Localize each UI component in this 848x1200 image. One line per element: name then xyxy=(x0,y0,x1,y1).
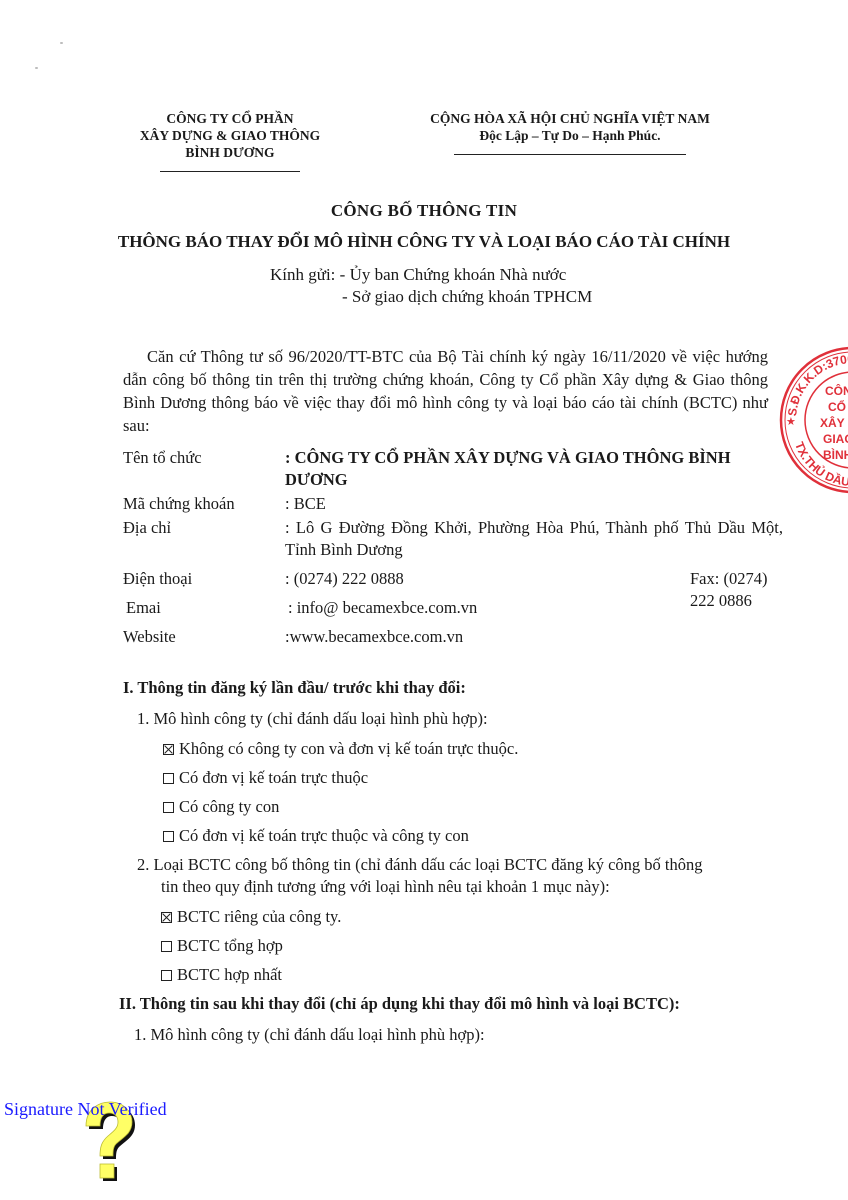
company-line: XÂY DỰNG & GIAO THÔNG xyxy=(120,127,340,144)
company-line: BÌNH DƯƠNG xyxy=(120,144,340,161)
header-divider xyxy=(160,171,300,172)
company-header: CÔNG TY CỔ PHẦN XÂY DỰNG & GIAO THÔNG BÌ… xyxy=(120,110,340,172)
checkbox-empty-icon[interactable] xyxy=(163,802,174,813)
svg-text:XÂY DỰ: XÂY DỰ xyxy=(820,415,848,430)
nation-line: CỘNG HÒA XÃ HỘI CHỦ NGHĨA VIỆT NAM xyxy=(400,110,740,127)
recipient-block: Kính gửi: - Ủy ban Chứng khoán Nhà nước … xyxy=(270,264,592,308)
section-2-heading: II. Thông tin sau khi thay đổi (chỉ áp d… xyxy=(119,994,680,1014)
checkbox-option[interactable]: Có đơn vị kế toán trực thuộc xyxy=(163,767,368,789)
info-row-website: Website :www.becamexbce.com.vn xyxy=(123,626,783,648)
recipient-line: Kính gửi: - Ủy ban Chứng khoán Nhà nước xyxy=(270,264,592,286)
checkbox-empty-icon[interactable] xyxy=(163,831,174,842)
intro-paragraph: Căn cứ Thông tư số 96/2020/TT-BTC của Bộ… xyxy=(123,345,768,437)
document-title: CÔNG BỐ THÔNG TIN xyxy=(0,201,848,221)
info-value: : BCE xyxy=(285,493,783,515)
company-line: CÔNG TY CỔ PHẦN xyxy=(120,110,340,127)
info-value: : Lô G Đường Đồng Khởi, Phường Hòa Phú, … xyxy=(285,517,783,561)
info-value: : CÔNG TY CỔ PHẦN XÂY DỰNG VÀ GIAO THÔNG… xyxy=(285,447,783,491)
checkbox-checked-icon[interactable] xyxy=(161,912,172,923)
info-label: Emai xyxy=(123,597,288,619)
document-subtitle: THÔNG BÁO THAY ĐỔI MÔ HÌNH CÔNG TY VÀ LO… xyxy=(0,232,848,252)
phone-value: : (0274) 222 0888 xyxy=(285,569,404,588)
info-row-email: Emai : info@ becamexbce.com.vn xyxy=(123,597,783,619)
checkbox-option[interactable]: BCTC hợp nhất xyxy=(161,964,282,986)
scan-speck xyxy=(60,42,63,44)
signature-status[interactable]: Signature Not Verified xyxy=(4,1099,167,1120)
header-divider xyxy=(454,154,686,155)
fax-value: Fax: (0274) 222 0886 xyxy=(690,568,783,612)
section-1-item-2-label-cont: tin theo quy định tương ứng với loại hìn… xyxy=(161,876,610,898)
section-2-item-1-label: 1. Mô hình công ty (chỉ đánh dấu loại hì… xyxy=(134,1024,485,1046)
company-info-table: Tên tổ chức : CÔNG TY CỔ PHẦN XÂY DỰNG V… xyxy=(123,447,783,650)
info-label: Website xyxy=(123,626,285,648)
checkbox-option[interactable]: BCTC tổng hợp xyxy=(161,935,283,957)
scan-speck xyxy=(35,67,38,69)
info-row-address: Địa chỉ : Lô G Đường Đồng Khởi, Phường H… xyxy=(123,517,783,561)
checkbox-option[interactable]: Không có công ty con và đơn vị kế toán t… xyxy=(163,738,518,760)
checkbox-checked-icon[interactable] xyxy=(163,744,174,755)
checkbox-empty-icon[interactable] xyxy=(161,941,172,952)
info-label: Địa chỉ xyxy=(123,517,285,561)
motto-line: Độc Lập – Tự Do – Hạnh Phúc. xyxy=(400,127,740,144)
checkbox-option[interactable]: BCTC riêng của công ty. xyxy=(161,906,341,928)
company-seal-stamp: S.Đ.K.K.D:37004 TX.THỦ DẦU MỘT CÔNG CỔ P… xyxy=(778,345,848,495)
national-header: CỘNG HÒA XÃ HỘI CHỦ NGHĨA VIỆT NAM Độc L… xyxy=(400,110,740,155)
section-1-item-2-label: 2. Loại BCTC công bố thông tin (chỉ đánh… xyxy=(137,854,703,876)
svg-text:CỔ PH: CỔ PH xyxy=(828,399,848,414)
checkbox-empty-icon[interactable] xyxy=(163,773,174,784)
section-1-item-1-label: 1. Mô hình công ty (chỉ đánh dấu loại hì… xyxy=(137,708,488,730)
recipient-line: - Sở giao dịch chứng khoán TPHCM xyxy=(270,286,592,308)
intro-text: Căn cứ Thông tư số 96/2020/TT-BTC của Bộ… xyxy=(123,347,768,435)
svg-text:BÌNH D: BÌNH D xyxy=(823,447,848,462)
checkbox-option[interactable]: Có đơn vị kế toán trực thuộc và công ty … xyxy=(163,825,469,847)
info-value: :www.becamexbce.com.vn xyxy=(285,626,783,648)
checkbox-empty-icon[interactable] xyxy=(161,970,172,981)
info-label: Mã chứng khoán xyxy=(123,493,285,515)
info-row-org-name: Tên tổ chức : CÔNG TY CỔ PHẦN XÂY DỰNG V… xyxy=(123,447,783,491)
svg-text:GIAO T: GIAO T xyxy=(823,432,848,446)
svg-text:CÔNG: CÔNG xyxy=(825,383,848,398)
info-row-phone: Điện thoại : (0274) 222 0888 Fax: (0274)… xyxy=(123,568,783,590)
checkbox-option[interactable]: Có công ty con xyxy=(163,796,279,818)
info-row-ticker: Mã chứng khoán : BCE xyxy=(123,493,783,515)
section-1-heading: I. Thông tin đăng ký lần đầu/ trước khi … xyxy=(123,678,466,698)
svg-text:★: ★ xyxy=(786,416,796,428)
info-label: Điện thoại xyxy=(123,568,285,590)
info-label: Tên tổ chức xyxy=(123,447,285,491)
